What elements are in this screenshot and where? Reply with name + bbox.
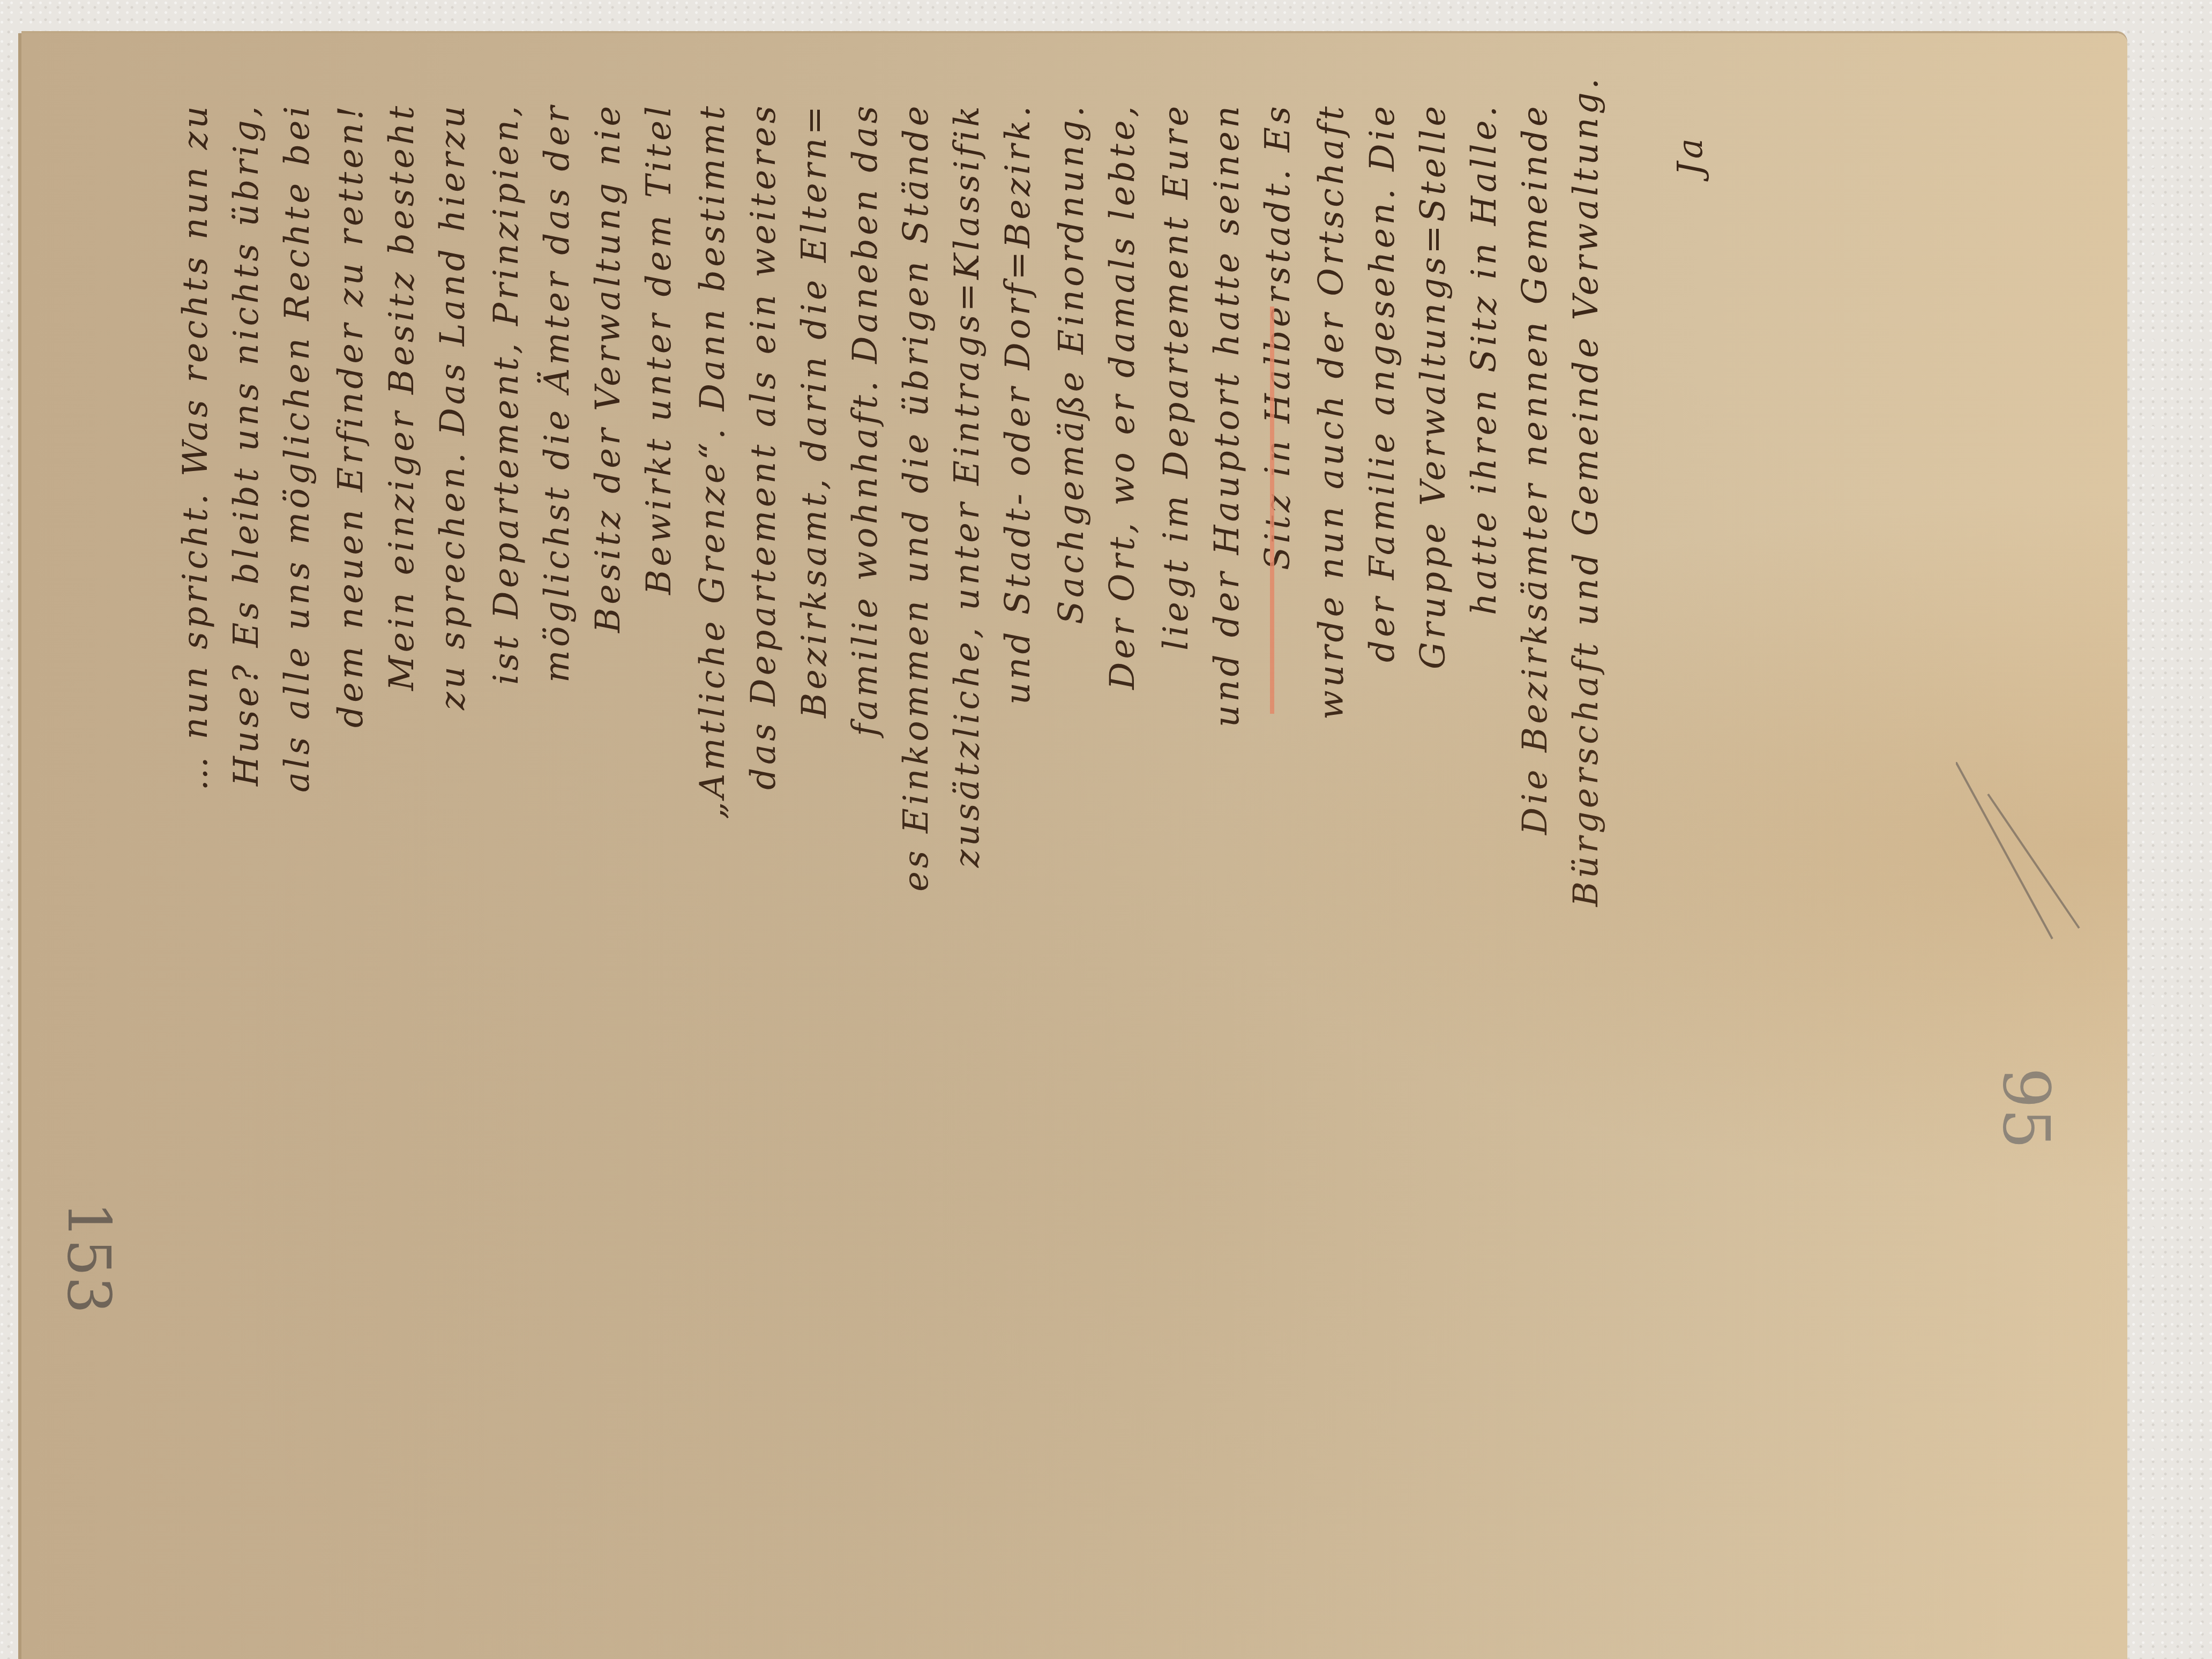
text-line: ist Departement, Prinzipien, — [482, 103, 530, 907]
text-line: Die Bezirksämter nennen Gemeinde — [1511, 103, 1559, 907]
text-line: das Departement als ein weiteres — [739, 103, 788, 907]
page-number-bottom: 95 — [1989, 1067, 2063, 1149]
page-number-top: 153 — [55, 1201, 123, 1314]
text-line: Gruppe Verwaltungs=Stelle — [1409, 103, 1458, 907]
text-line: Ja — [1667, 135, 1715, 296]
text-line: Sachgemäße Einordnung. — [1048, 103, 1096, 907]
text-line: Der Ort, wo er damals lebte, — [1098, 103, 1147, 907]
text-line: Besitz der Verwaltung nie — [584, 103, 632, 907]
red-pencil-underline — [1270, 307, 1274, 714]
text-line: Bewirkt unter dem Titel — [635, 103, 683, 907]
text-line: wurde nun auch der Ortschaft — [1307, 103, 1356, 907]
text-line: Bürgerschaft und Gemeinde Verwaltung. — [1562, 103, 1610, 907]
text-line: dem neuen Erfinder zu retten! — [327, 103, 375, 907]
text-line: und Stadt- oder Dorf=Bezirk. — [994, 103, 1042, 907]
text-line: zusätzliche, unter Eintrags=Klassifik — [943, 103, 991, 907]
text-line: Huse? Es bleibt uns nichts übrig, — [222, 103, 271, 907]
text-line: hatte ihren Sitz in Halle. — [1460, 103, 1508, 907]
pencil-double-stroke-mark — [1956, 762, 2149, 987]
text-line: der Familie angesehen. Die — [1358, 103, 1407, 907]
text-line: Sitz in Halberstadt. Es — [1254, 103, 1302, 907]
text-line: Bezirksamt, darin die Eltern= — [790, 103, 839, 907]
text-line: Mein einziger Besitz besteht — [378, 103, 426, 907]
text-line: „Amtliche Grenze“. Dann bestimmt — [689, 103, 737, 907]
text-line: familie wohnhaft. Daneben das — [841, 103, 890, 907]
text-line: es Einkommen und die übrigen Stände — [892, 103, 940, 907]
text-line: und der Hauptort hatte seinen — [1203, 103, 1251, 907]
text-line: liegt im Departement Eure — [1152, 103, 1200, 907]
text-line: zu sprechen. Das Land hierzu — [429, 103, 477, 907]
text-line: … nun spricht. Was rechts nun zu — [171, 103, 220, 907]
handwritten-text-block: … nun spricht. Was rechts nun zu Huse? E… — [171, 103, 1940, 907]
text-line: möglichst die Ämter das der — [533, 103, 581, 907]
manuscript-page: 153 … nun spricht. Was rechts nun zu Hus… — [21, 33, 2127, 1659]
text-line: als alle uns möglichen Rechte bei — [273, 103, 322, 907]
